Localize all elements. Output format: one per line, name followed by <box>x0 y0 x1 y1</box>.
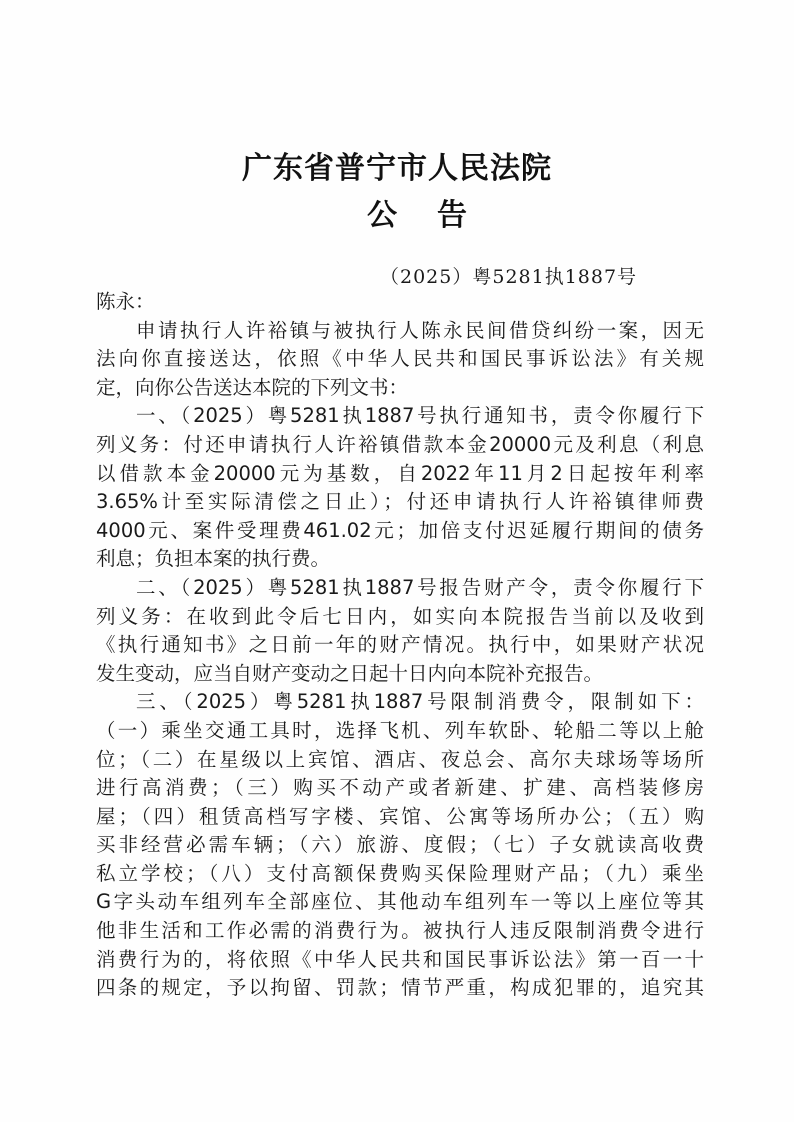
item-3-line: 进行高消费；（三）购买不动产或者新建、扩建、高档装修房 <box>96 774 704 803</box>
item-1-line: 列义务：付还申请执行人许裕镇借款本金20000元及利息（利息 <box>96 431 704 460</box>
item-1-line: 3.65%计至实际清偿之日止）；付还申请执行人许裕镇律师费 <box>96 488 704 517</box>
item-3-line: 他非生活和工作必需的消费行为。被执行人违反限制消费令进行 <box>96 917 704 946</box>
item-3-line: 三、（2025）粤5281执1887号限制消费令，限制如下： <box>96 688 704 717</box>
item-2-line: 发生变动，应当自财产变动之日起十日内向本院补充报告。 <box>96 660 704 689</box>
addressee: 陈永： <box>96 288 704 317</box>
case-number: （2025）粤5281执1887号 <box>380 262 637 289</box>
item-1-line: 利息；负担本案的执行费。 <box>96 545 704 574</box>
document-type-heading: 公告 <box>0 190 794 234</box>
item-3-line: 位；（二）在星级以上宾馆、酒店、夜总会、高尔夫球场等场所 <box>96 746 704 775</box>
item-3-line: 私立学校；（八）支付高额保费购买保险理财产品；（九）乘坐 <box>96 860 704 889</box>
item-3-line: 买非经营必需车辆；（六）旅游、度假；（七）子女就读高收费 <box>96 831 704 860</box>
item-1-line: 4000元、案件受理费461.02元；加倍支付迟延履行期间的债务 <box>96 517 704 546</box>
item-1-line: 以借款本金20000元为基数，自2022年11月2日起按年利率 <box>96 460 704 489</box>
item-3-line: 消费行为的，将依照《中华人民共和国民事诉讼法》第一百一十 <box>96 946 704 975</box>
document-page: 广东省普宁市人民法院 公告 （2025）粤5281执1887号 陈永： 申请执行… <box>0 0 794 1122</box>
body-line: 定，向你公告送达本院的下列文书： <box>96 374 704 403</box>
item-3-line: G字头动车组列车全部座位、其他动车组列车一等以上座位等其 <box>96 888 704 917</box>
item-2-line: 《执行通知书》之日前一年的财产情况。执行中，如果财产状况 <box>96 631 704 660</box>
item-3-line: 屋；（四）租赁高档写字楼、宾馆、公寓等场所办公；（五）购 <box>96 803 704 832</box>
body-line: 申请执行人许裕镇与被执行人陈永民间借贷纠纷一案，因无 <box>96 317 704 346</box>
item-2-line: 二、（2025）粤5281执1887号报告财产令，责令你履行下 <box>96 574 704 603</box>
document-body: 陈永： 申请执行人许裕镇与被执行人陈永民间借贷纠纷一案，因无 法向你直接送达，依… <box>96 288 704 1003</box>
item-1-line: 一、（2025）粤5281执1887号执行通知书，责令你履行下 <box>96 402 704 431</box>
court-name-heading: 广东省普宁市人民法院 <box>0 143 794 187</box>
body-line: 法向你直接送达，依照《中华人民共和国民事诉讼法》有关规 <box>96 345 704 374</box>
item-3-line: 四条的规定，予以拘留、罚款；情节严重，构成犯罪的，追究其 <box>96 974 704 1003</box>
item-2-line: 列义务：在收到此令后七日内，如实向本院报告当前以及收到 <box>96 603 704 632</box>
item-3-line: （一）乘坐交通工具时，选择飞机、列车软卧、轮船二等以上舱 <box>96 717 704 746</box>
